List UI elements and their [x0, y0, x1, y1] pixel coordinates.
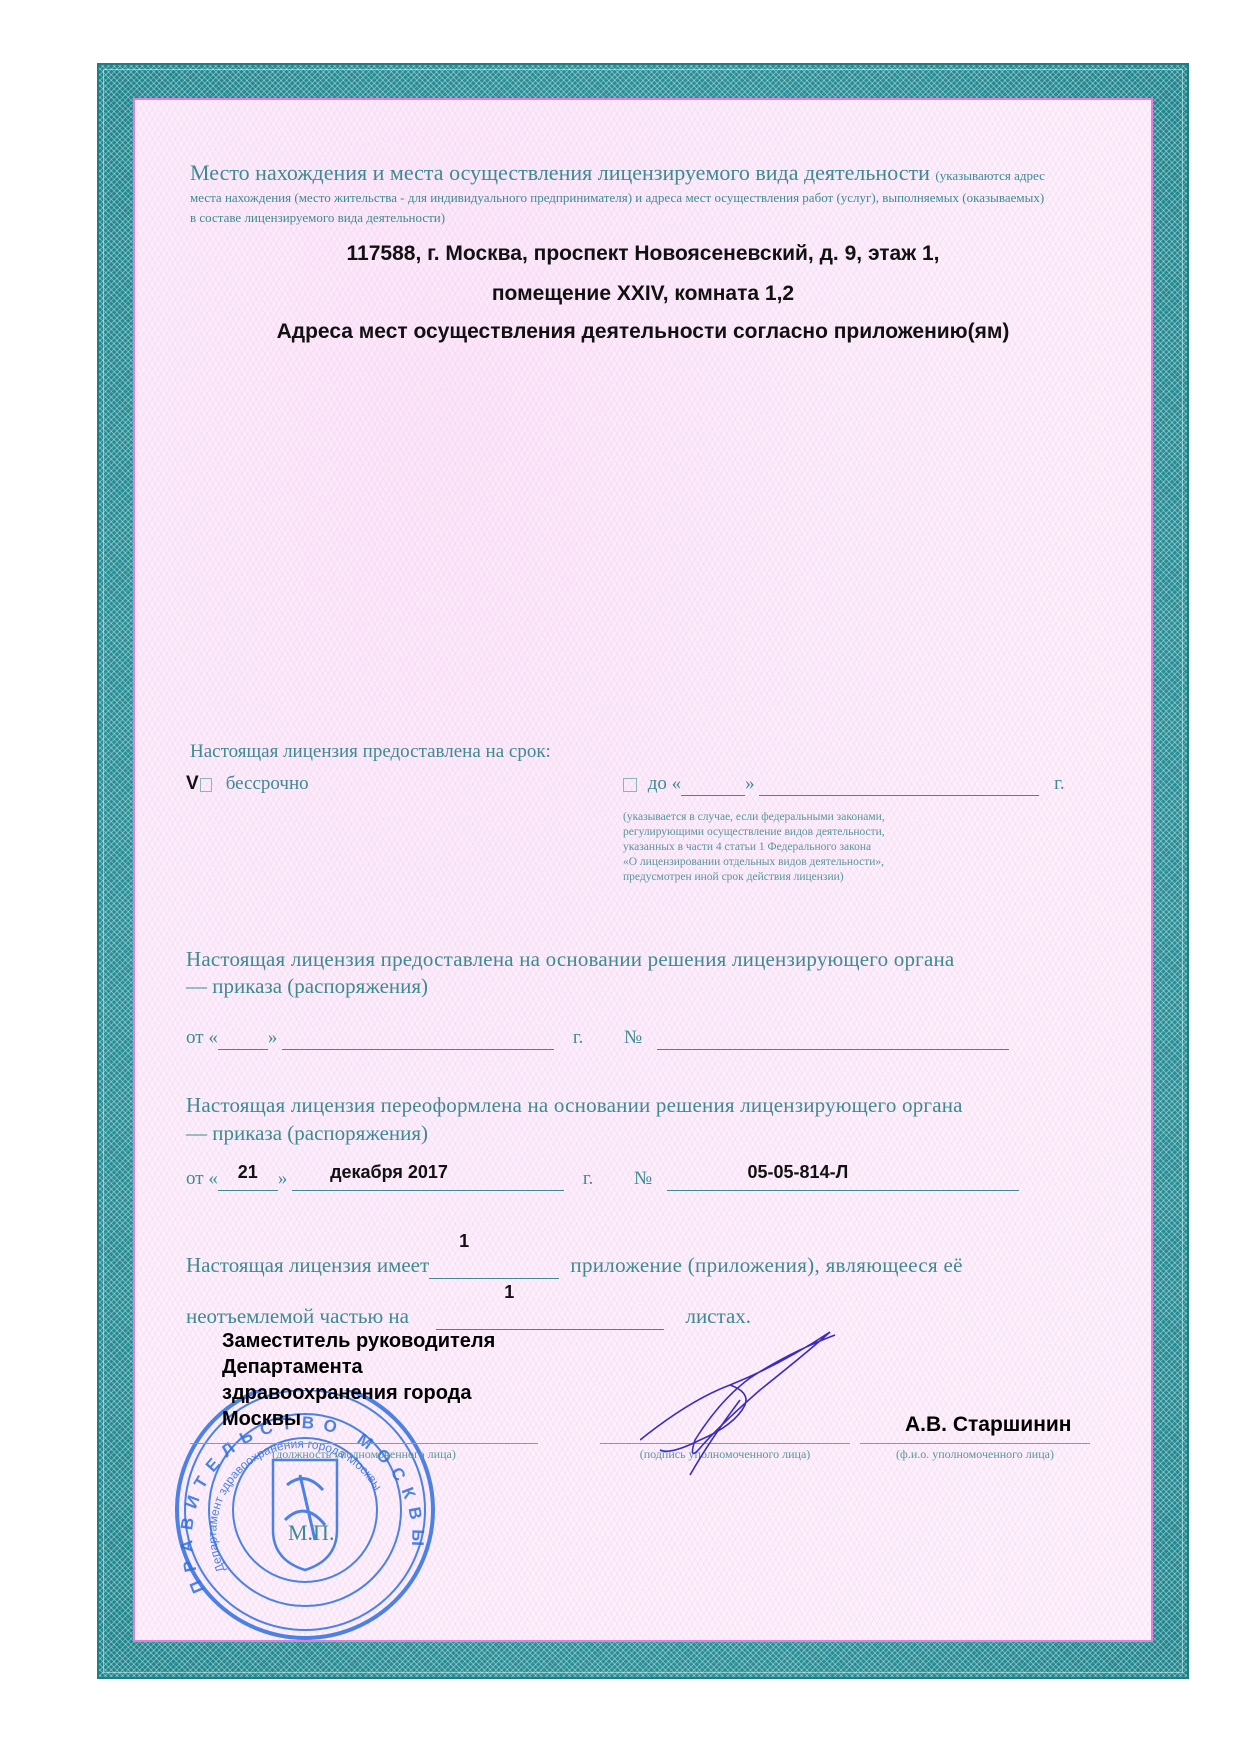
granted-order-row: от « » г. № — [186, 1027, 1066, 1050]
official-position: Заместитель руководителя Департамента зд… — [222, 1328, 495, 1432]
appendix-sheets: 1 — [504, 1282, 514, 1303]
year-suffix: г. — [1054, 773, 1064, 794]
address-line-3: Адреса мест осуществления деятельности с… — [133, 320, 1153, 344]
number-label: № — [624, 1027, 642, 1048]
reissued-day: 21 — [238, 1162, 258, 1182]
position-rule — [190, 1443, 538, 1444]
position-line: Департамента — [222, 1354, 495, 1380]
position-caption: (должность уполномоченного лица) — [190, 1447, 538, 1462]
until-checkbox[interactable] — [623, 778, 637, 792]
address-line-2: помещение XXIV, комната 1,2 — [133, 282, 1153, 306]
reissued-basis-line-1: Настоящая лицензия переоформлена на осно… — [186, 1093, 1086, 1118]
location-heading-note: (указываются адрес — [935, 168, 1044, 183]
from-label: от — [186, 1168, 204, 1189]
term-note-line: регулирующими осуществление видов деятел… — [623, 825, 923, 840]
appendix-line-2-end: листах. — [685, 1304, 751, 1328]
appendix-line-1-end: приложение (приложения), являющееся её — [570, 1253, 962, 1277]
term-note-line: предусмотрен иной срок действия лицензии… — [623, 870, 923, 885]
year-suffix: г. — [573, 1027, 583, 1048]
term-label: Настоящая лицензия предоставлена на срок… — [190, 741, 551, 763]
address-line-1: 117588, г. Москва, проспект Новоясеневск… — [133, 242, 1153, 266]
until-day-field[interactable] — [681, 773, 745, 796]
quote-close: » — [268, 1027, 278, 1048]
reissued-order-row: от «21» декабря 2017 г. № 05-05-814-Л — [186, 1168, 1066, 1191]
term-note-line: (указывается в случае, если федеральными… — [623, 810, 923, 825]
indefinite-label: бессрочно — [226, 773, 309, 794]
name-rule — [860, 1443, 1090, 1444]
granted-basis-line-1: Настоящая лицензия предоставлена на осно… — [186, 947, 1086, 972]
position-line: Заместитель руководителя — [222, 1328, 495, 1354]
term-note-line: указанных в части 4 статьи 1 Федеральног… — [623, 840, 923, 855]
granted-number-field[interactable] — [657, 1027, 1009, 1050]
term-until-option[interactable]: до « » г. — [623, 773, 1073, 796]
until-date-field[interactable] — [759, 773, 1039, 796]
reissued-basis-line-2: — приказа (распоряжения) — [186, 1121, 428, 1146]
reissued-month-year: декабря 2017 — [330, 1162, 448, 1182]
until-label: до — [648, 773, 667, 794]
granted-basis-line-2: — приказа (распоряжения) — [186, 974, 428, 999]
reissued-month-year-field[interactable]: декабря 2017 — [292, 1168, 564, 1191]
location-note-line-2: места нахождения (место жительства - для… — [190, 190, 1120, 206]
appendix-count-field[interactable]: 1 — [429, 1253, 559, 1279]
term-note-line: «О лицензировании отдельных видов деятел… — [623, 855, 923, 870]
quote-open: « — [208, 1168, 218, 1189]
indefinite-checkbox[interactable] — [200, 778, 212, 792]
granted-month-year-field[interactable] — [282, 1027, 554, 1050]
name-caption: (ф.и.о. уполномоченного лица) — [860, 1447, 1090, 1462]
appendix-count: 1 — [459, 1231, 469, 1252]
location-note-line-3: в составе лицензируемого вида деятельнос… — [190, 210, 1120, 226]
appendix-line-1-start: Настоящая лицензия имеет — [186, 1253, 429, 1277]
number-label: № — [634, 1168, 652, 1189]
term-indefinite-option[interactable]: V бессрочно — [186, 773, 309, 795]
reissued-day-field[interactable]: 21 — [218, 1168, 278, 1191]
official-name: А.В. Старшинин — [905, 1412, 1071, 1438]
seal-mark: М.П. — [288, 1520, 334, 1545]
position-line: здравоохранения города — [222, 1380, 495, 1406]
term-note: (указывается в случае, если федеральными… — [623, 810, 923, 885]
granted-day-field[interactable] — [218, 1027, 268, 1050]
position-line: Москвы — [222, 1406, 495, 1432]
handwritten-signature — [640, 1330, 840, 1480]
quote-close: » — [745, 773, 755, 794]
year-suffix: г. — [583, 1168, 593, 1189]
quote-open: « — [208, 1027, 218, 1048]
from-label: от — [186, 1027, 204, 1048]
appendix-sheets-field[interactable]: 1 — [436, 1304, 664, 1330]
reissued-number-field[interactable]: 05-05-814-Л — [667, 1168, 1019, 1191]
appendix-line-2-start: неотъемлемой частью на — [186, 1304, 409, 1328]
quote-close: » — [278, 1168, 288, 1189]
location-heading: Место нахождения и места осуществления л… — [190, 160, 1120, 186]
location-heading-title: Место нахождения и места осуществления л… — [190, 160, 930, 185]
appendix-line-2: неотъемлемой частью на 1 листах. — [186, 1304, 1086, 1330]
appendix-line-1: Настоящая лицензия имеет1 приложение (пр… — [186, 1253, 1086, 1279]
check-mark-icon: V — [186, 773, 199, 794]
reissued-number: 05-05-814-Л — [748, 1162, 849, 1182]
quote-open: « — [672, 773, 682, 794]
